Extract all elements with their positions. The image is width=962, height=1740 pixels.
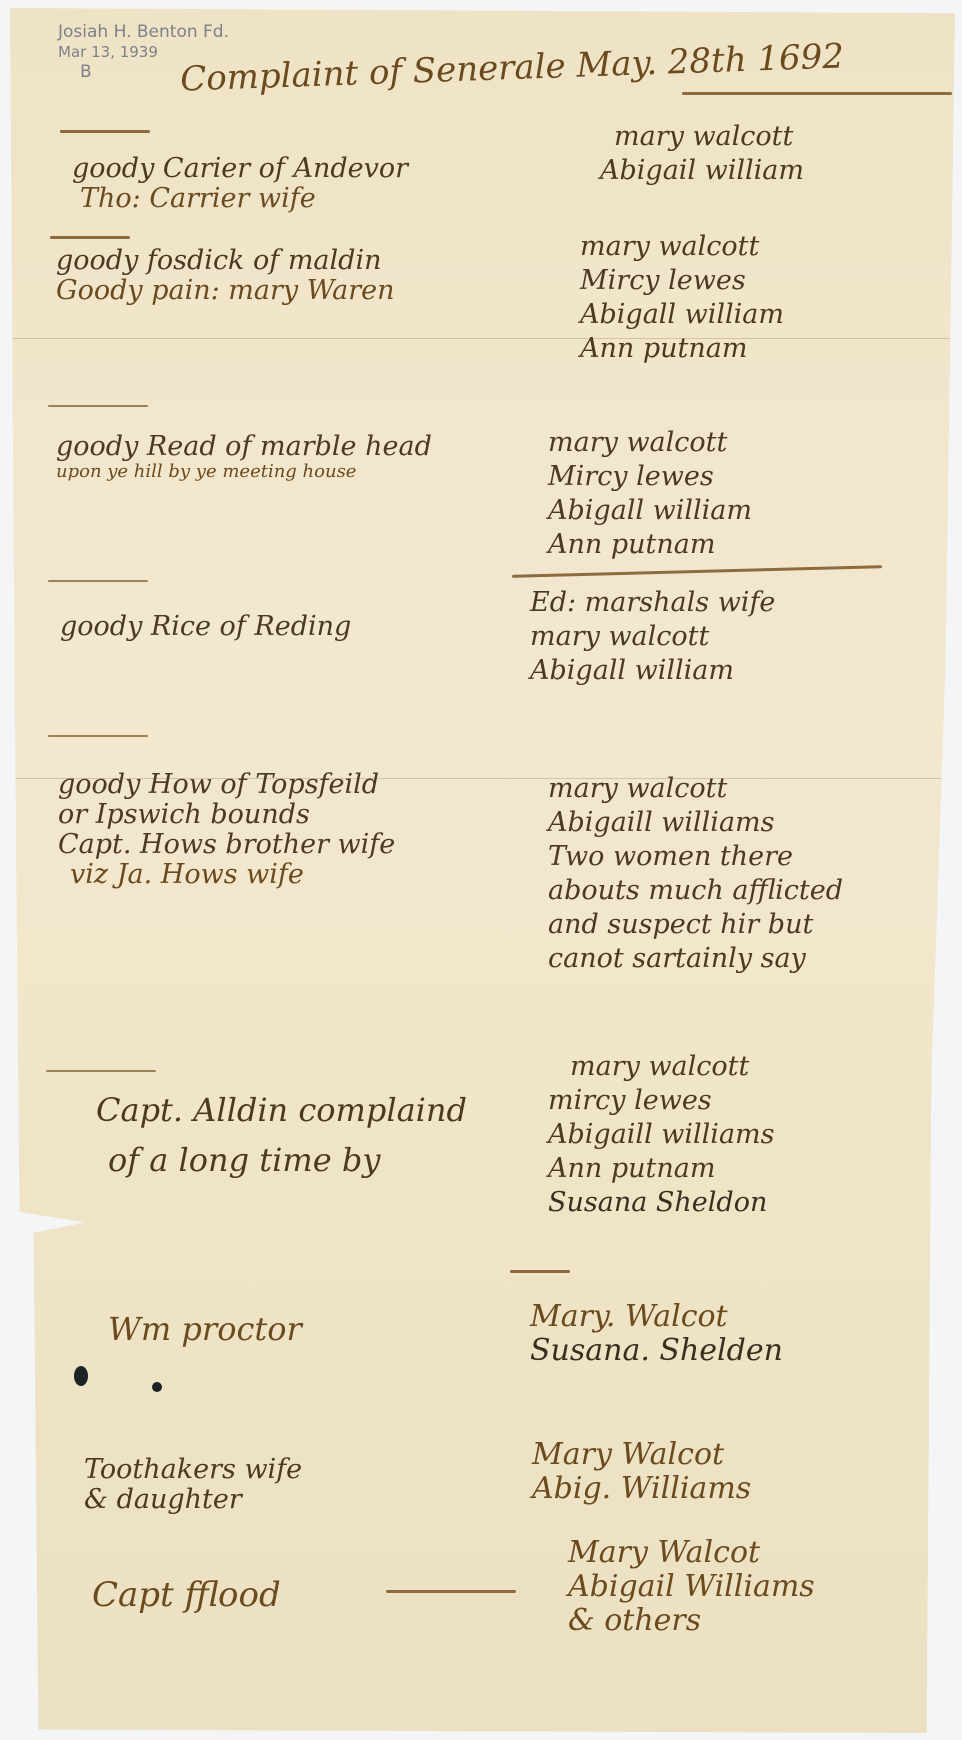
fold-line xyxy=(10,338,955,339)
ink-blot xyxy=(74,1366,88,1386)
separator-rule xyxy=(46,1070,156,1072)
entry-accused: goody fosdick of maldin Goody pain: mary… xyxy=(56,246,395,306)
entry-complainants: mary walcott Mircy lewes Abigall william… xyxy=(580,230,784,366)
separator-rule xyxy=(60,130,150,133)
entry-accused: goody Rice of Reding xyxy=(60,612,351,642)
separator-rule xyxy=(386,1590,516,1593)
entry-complainants: Mary Walcot Abigail Williams & others xyxy=(568,1536,815,1638)
entry-complainants: mary walcott Abigail william xyxy=(600,120,804,188)
ink-blot xyxy=(152,1382,162,1392)
separator-rule xyxy=(48,735,148,737)
separator-rule xyxy=(48,405,148,407)
entry-accused: goody Read of marble head upon ye hill b… xyxy=(56,432,432,482)
entry-accused: goody Carier of Andevor Tho: Carrier wif… xyxy=(72,154,408,214)
entry-accused: Capt fflood xyxy=(92,1580,281,1610)
entry-complainants: Ed: marshals wife mary walcott Abigall w… xyxy=(530,586,775,688)
title-underline xyxy=(682,92,952,95)
entry-complainants: mary walcott Abigaill williams Two women… xyxy=(548,772,843,976)
entry-complainants: Mary. Walcot Susana. Shelden xyxy=(530,1300,783,1368)
entry-complainants: mary walcott Mircy lewes Abigall william… xyxy=(548,426,752,562)
entry-accused: Toothakers wife & daughter xyxy=(84,1455,302,1515)
separator-rule xyxy=(510,1270,570,1273)
entry-complainants: mary walcott mircy lewes Abigaill willia… xyxy=(548,1050,775,1220)
entry-accused: goody How of Topsfeild or Ipswich bounds… xyxy=(58,770,395,890)
entry-accused: Capt. Alldin complaind of a long time by xyxy=(96,1090,467,1180)
separator-rule xyxy=(48,580,148,582)
entry-complainants: Mary Walcot Abig. Williams xyxy=(532,1438,751,1506)
entry-accused: Wm proctor xyxy=(108,1314,302,1344)
separator-rule xyxy=(50,236,130,239)
